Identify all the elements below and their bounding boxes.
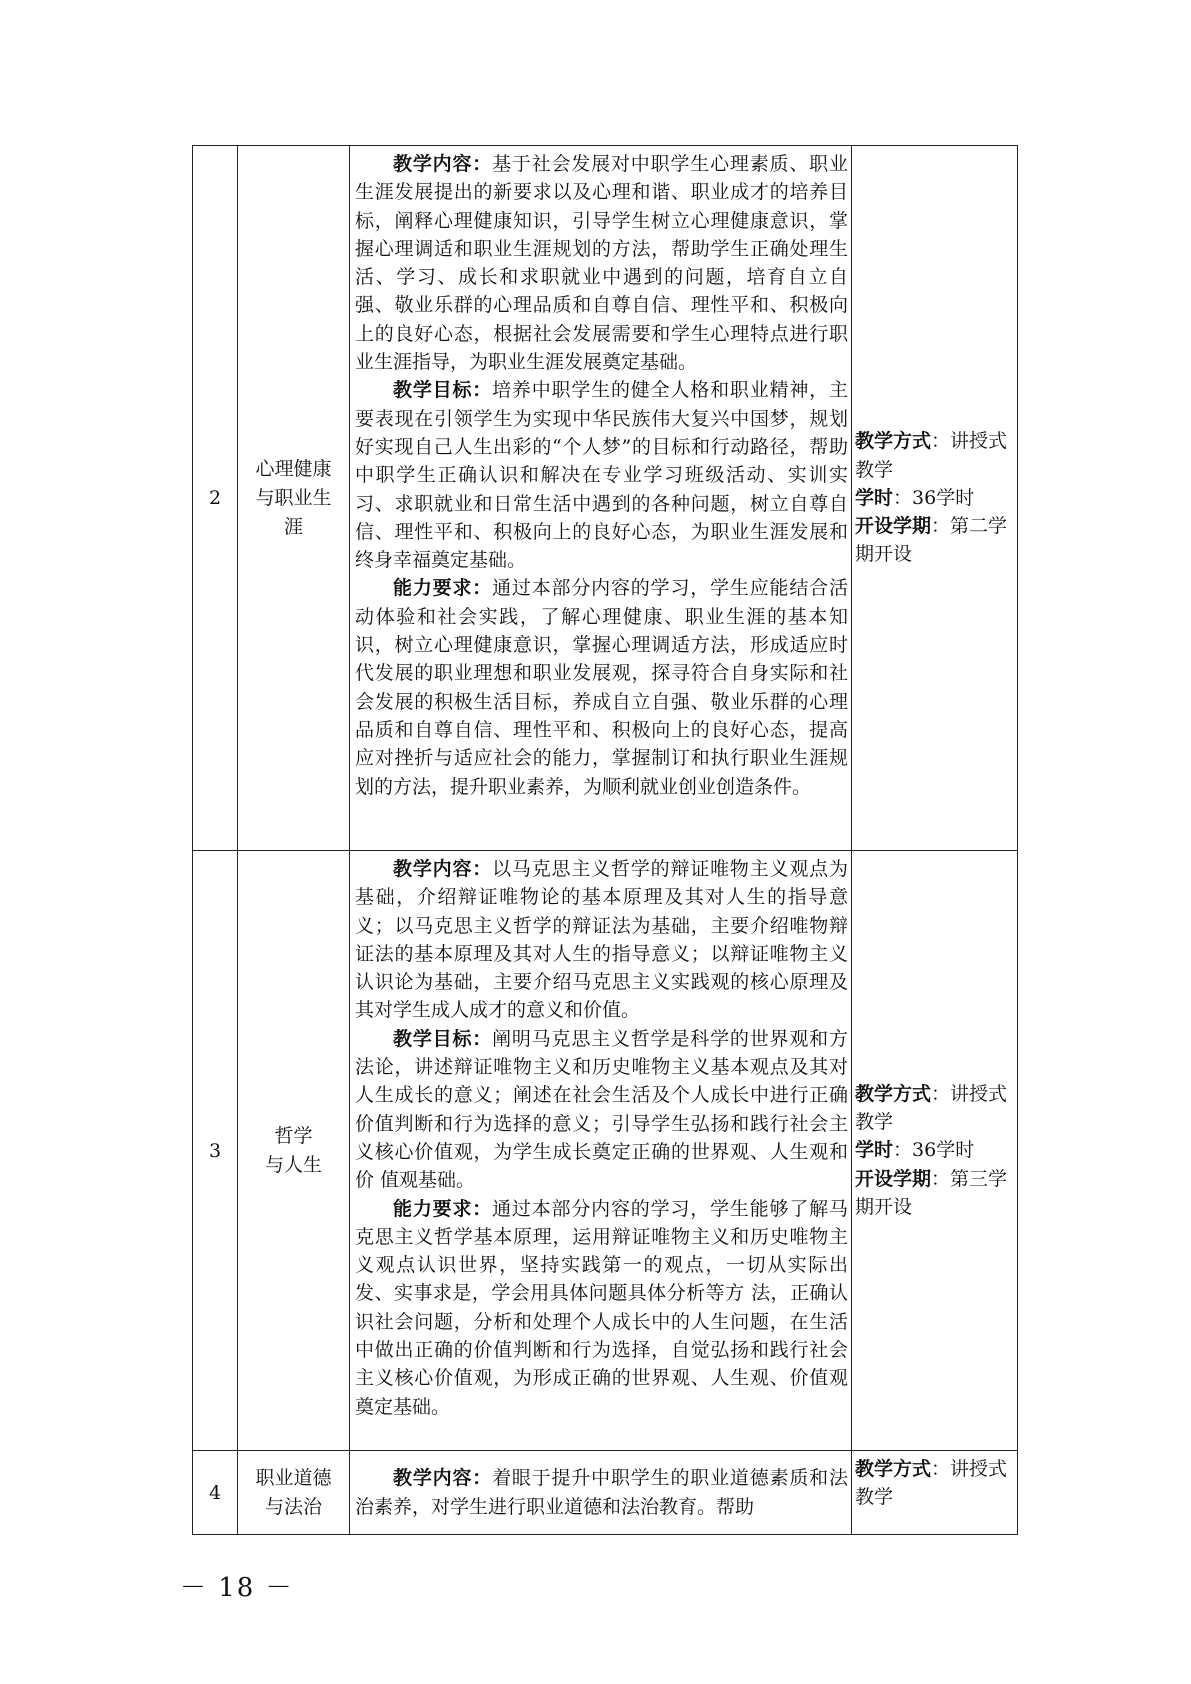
section-text: 培养中职学生的健全人格和职业精神，主要表现在引领学生为实现中华民族伟大复兴中国梦… — [355, 379, 848, 571]
course-name-line: 与职业生 — [238, 484, 349, 513]
course-content: 教学内容：基于社会发展对中职学生心理素质、职业生涯发展提出的新要求以及心理和谐、… — [350, 146, 852, 851]
objective-section: 教学目标：培养中职学生的健全人格和职业精神，主要表现在引领学生为实现中华民族伟大… — [355, 376, 848, 574]
course-name-line: 与人生 — [238, 1151, 349, 1180]
course-content: 教学内容：以马克思主义哲学的辩证唯物主义观点为基础，介绍辩证唯物论的基本原理及其… — [350, 851, 852, 1451]
course-number: 4 — [193, 1451, 238, 1535]
course-name: 心理健康 与职业生 涯 — [238, 146, 350, 851]
course-name: 职业道德 与法治 — [238, 1451, 350, 1535]
course-name-line: 职业道德 — [238, 1464, 349, 1493]
course-name-line: 心理健康 — [238, 455, 349, 484]
content-section: 教学内容：以马克思主义哲学的辩证唯物主义观点为基础，介绍辩证唯物论的基本原理及其… — [355, 855, 848, 1025]
course-number: 2 — [193, 146, 238, 851]
teaching-method: 教学方式：讲授式教学 — [855, 1455, 1015, 1512]
teaching-method: 教学方式：讲授式教学 — [855, 427, 1015, 484]
section-text: 通过本部分内容的学习，学生能够了解马克思主义哲学基本原理，运用辩证唯物主义和历史… — [355, 1198, 848, 1418]
section-text: 基于社会发展对中职学生心理素质、职业生涯发展提出的新要求以及心理和谐、职业成才的… — [355, 153, 848, 373]
class-hours: 学时：36学时 — [855, 484, 1015, 512]
section-text: 阐明马克思主义哲学是科学的世界观和方法论，讲述辩证唯物主义和历史唯物主义基本观点… — [355, 1028, 848, 1191]
page-number: － 18 － — [180, 1567, 294, 1604]
class-hours: 学时：36学时 — [855, 1136, 1015, 1164]
objective-section: 教学目标：阐明马克思主义哲学是科学的世界观和方法论，讲述辩证唯物主义和历史唯物主… — [355, 1025, 848, 1195]
table-row: 4 职业道德 与法治 教学内容：着眼于提升中职学生的职业道德素质和法治素养，对学… — [193, 1451, 1018, 1535]
course-name: 哲学 与人生 — [238, 851, 350, 1451]
semester: 开设学期：第三学期开设 — [855, 1165, 1015, 1222]
table-row: 3 哲学 与人生 教学内容：以马克思主义哲学的辩证唯物主义观点为基础，介绍辩证唯… — [193, 851, 1018, 1451]
course-info: 教学方式：讲授式教学 学时：36学时 开设学期：第三学期开设 — [852, 851, 1018, 1451]
section-label: 能力要求： — [393, 1198, 492, 1220]
course-number: 3 — [193, 851, 238, 1451]
ability-section: 能力要求：通过本部分内容的学习，学生能够了解马克思主义哲学基本原理，运用辩证唯物… — [355, 1195, 848, 1421]
section-label: 教学内容： — [393, 1467, 492, 1489]
course-name-line: 哲学 — [238, 1122, 349, 1151]
course-name-line: 与法治 — [238, 1493, 349, 1522]
section-text: 通过本部分内容的学习，学生应能结合活动体验和社会实践，了解心理健康、职业生涯的基… — [355, 577, 848, 797]
ability-section: 能力要求：通过本部分内容的学习，学生应能结合活动体验和社会实践，了解心理健康、职… — [355, 574, 848, 800]
section-label: 能力要求： — [393, 577, 492, 599]
section-label: 教学内容： — [393, 858, 492, 880]
course-table: 2 心理健康 与职业生 涯 教学内容：基于社会发展对中职学生心理素质、职业生涯发… — [192, 145, 1018, 1535]
table-row: 2 心理健康 与职业生 涯 教学内容：基于社会发展对中职学生心理素质、职业生涯发… — [193, 146, 1018, 851]
semester: 开设学期：第二学期开设 — [855, 512, 1015, 569]
content-section: 教学内容：基于社会发展对中职学生心理素质、职业生涯发展提出的新要求以及心理和谐、… — [355, 150, 848, 376]
content-section: 教学内容：着眼于提升中职学生的职业道德素质和法治素养，对学生进行职业道德和法治教… — [355, 1464, 848, 1521]
section-text: 以马克思主义哲学的辩证唯物主义观点为基础，介绍辩证唯物论的基本原理及其对人生的指… — [355, 858, 848, 1021]
section-label: 教学目标： — [393, 379, 492, 401]
section-label: 教学目标： — [393, 1028, 492, 1050]
section-label: 教学内容： — [393, 153, 492, 175]
teaching-method: 教学方式：讲授式教学 — [855, 1080, 1015, 1137]
course-info: 教学方式：讲授式教学 — [852, 1451, 1018, 1535]
course-name-line: 涯 — [238, 513, 349, 542]
course-content: 教学内容：着眼于提升中职学生的职业道德素质和法治素养，对学生进行职业道德和法治教… — [350, 1451, 852, 1535]
course-info: 教学方式：讲授式教学 学时：36学时 开设学期：第二学期开设 — [852, 146, 1018, 851]
